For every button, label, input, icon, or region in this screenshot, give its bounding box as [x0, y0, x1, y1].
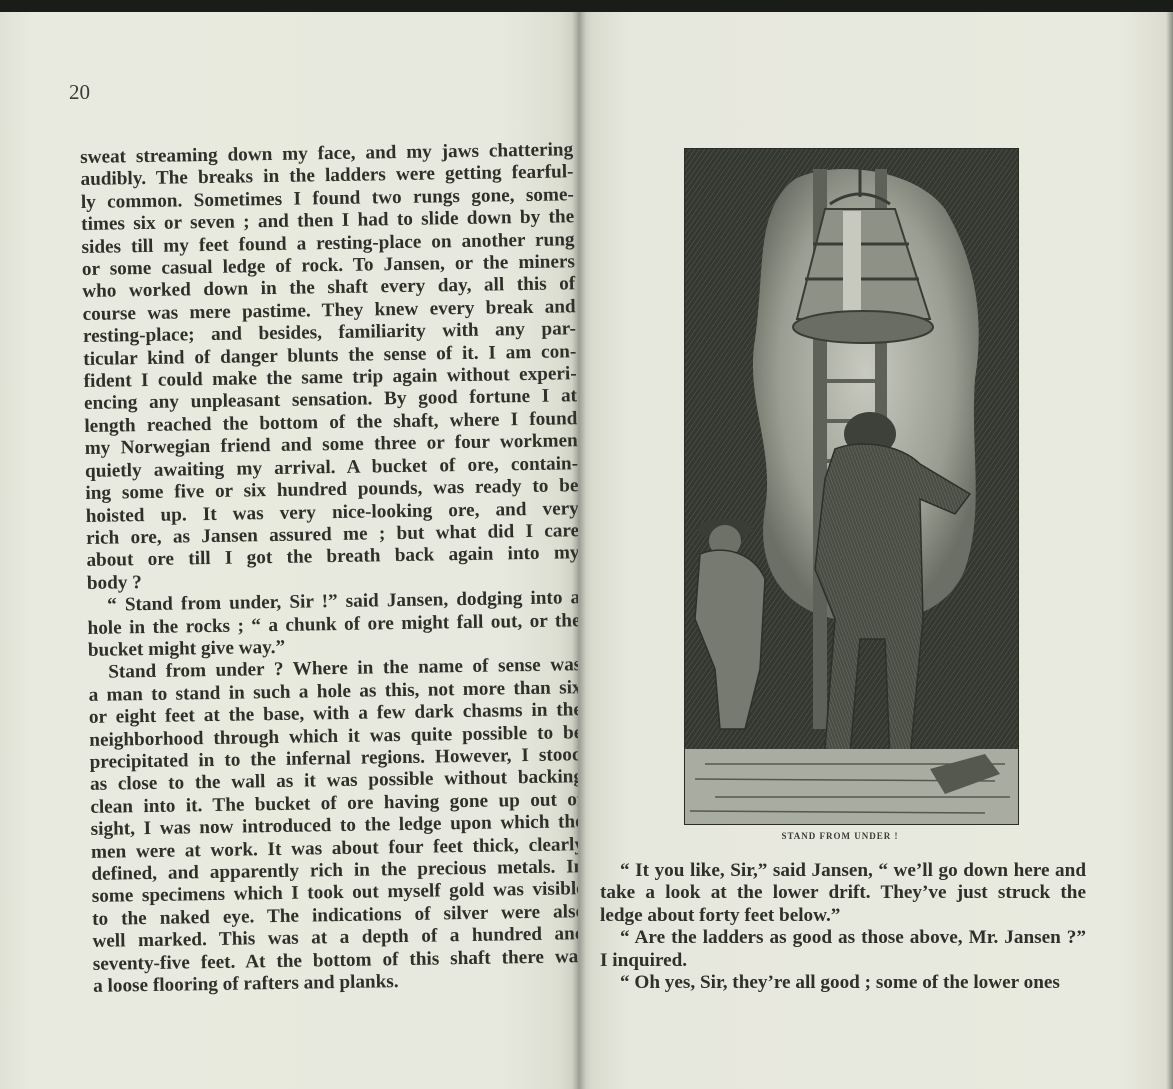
left-page: 20 sweat streaming down my face, and my … [0, 12, 578, 1089]
page-number: 20 [69, 80, 90, 105]
text-line: I inquired. [600, 950, 1086, 972]
text-line: “ Oh yes, Sir, they’re all good ; some o… [600, 972, 1086, 994]
paragraph: “ Are the ladders as good as those above… [600, 927, 1086, 972]
book-spine [572, 12, 586, 1089]
paragraph: Stand from under ? Where in the name of … [88, 655, 586, 999]
paragraph: sweat streaming down my face, and my jaw… [80, 139, 580, 595]
left-page-body: sweat streaming down my face, and my jaw… [80, 139, 586, 998]
engraving-illustration [684, 148, 1019, 825]
text-line: ledge about forty feet below.” [600, 905, 1086, 927]
paragraph: “ Oh yes, Sir, they’re all good ; some o… [600, 972, 1086, 994]
text-line: “ It you like, Sir,” said Jansen, “ we’l… [600, 860, 1086, 882]
text-line: “ Are the ladders as good as those above… [600, 927, 1086, 949]
book-spread: 20 sweat streaming down my face, and my … [0, 12, 1173, 1089]
illustration-caption: STAND FROM UNDER ! [600, 831, 1080, 841]
text-line: take a look at the lower drift. They’ve … [600, 882, 1086, 904]
paragraph: “ Stand from under, Sir !” said Jansen, … [87, 587, 581, 662]
right-page-body: “ It you like, Sir,” said Jansen, “ we’l… [600, 860, 1086, 994]
paragraph: “ It you like, Sir,” said Jansen, “ we’l… [600, 860, 1086, 927]
